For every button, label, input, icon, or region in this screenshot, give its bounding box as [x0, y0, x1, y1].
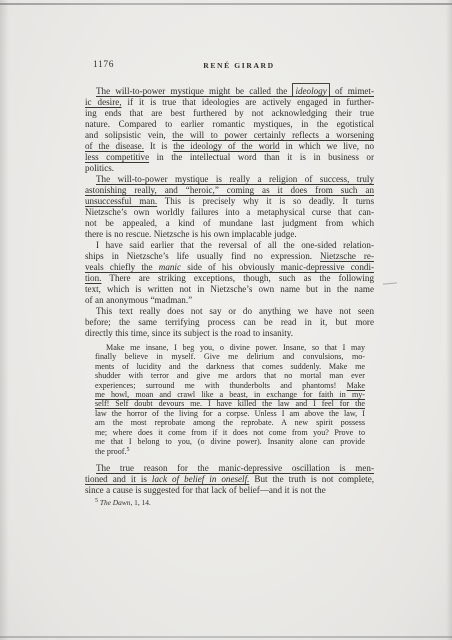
text-line: unsuccessful man. This is precisely why …: [85, 196, 374, 207]
text-line: less competitive in the intellectual wor…: [85, 152, 374, 163]
text-segment: The Dawn: [100, 498, 131, 507]
underlined-text: less competitive: [85, 152, 149, 162]
text-segment: shudder with terror and give me ardors t…: [95, 371, 365, 380]
underlined-text: manic: [159, 262, 181, 272]
text-segment: It is: [144, 141, 173, 151]
underlined-text: me howl, moan and crawl like a beast, in…: [95, 390, 365, 399]
text-segment: since a cause: [85, 484, 133, 495]
text-line: Make me insane, I beg you, o divine powe…: [95, 343, 365, 352]
text-line: nature. Compared to earlier romantic mys…: [85, 119, 374, 130]
text-segment: There are striking exceptions, though, s…: [101, 273, 374, 283]
text-segment: I have said earlier that the reversal of…: [96, 240, 374, 250]
underlined-text: The will-to-power mystique might be call…: [96, 86, 292, 96]
text-segment: directly this time, since its subject is…: [85, 328, 293, 338]
text-line: tion. There are striking exceptions, tho…: [85, 273, 374, 284]
underlined-text: unsuccessful man.: [85, 196, 157, 206]
page-header: 1176 RENÉ GIRARD: [85, 60, 373, 74]
text-segment: ships in Nietzsche’s life usually find n…: [85, 251, 320, 261]
text-segment: of an anonymous “madman.”: [85, 295, 192, 305]
running-head: RENÉ GIRARD: [85, 61, 393, 70]
paragraph: The will-to-power mystique is really a r…: [85, 174, 374, 240]
text-line: The true reason for the manic-depressive…: [85, 463, 374, 474]
underlined-text: the will to power certainly reflects a w…: [172, 130, 374, 140]
text-segment: me; where does it come from if it does n…: [95, 428, 365, 437]
text-segment: and solipsistic vein,: [85, 130, 172, 140]
text-column: The will-to-power mystique might be call…: [85, 86, 374, 496]
text-line: law the horror of the living for a corps…: [95, 409, 365, 418]
underlined-text: veals chiefly the: [85, 262, 159, 272]
text-segment: there is no rescue. Nietzsche is his own…: [85, 229, 297, 239]
underlined-text: side of his obviously manic-depressive c…: [181, 262, 374, 272]
underlined-text: Nietzsche re-: [320, 251, 374, 261]
text-line: finally believe in myself. Give me delir…: [95, 352, 365, 361]
text-line: text, which is written not in Nietzsche’…: [85, 284, 374, 295]
text-line: me that I belong to you, (o divine power…: [95, 437, 365, 446]
boxed-word-annotation: ideology: [292, 83, 329, 97]
text-segment: ing ends that are best furthered by not …: [85, 108, 374, 118]
underlined-text: tioned and it is: [85, 474, 152, 484]
text-segment: if it is true that ideologies are active…: [122, 97, 374, 107]
paragraph: This text really does not say or do anyt…: [85, 306, 374, 339]
paragraph: I have said earlier that the reversal of…: [85, 240, 374, 306]
underlined-text: astonishing really, and “heroic,” coming…: [85, 185, 374, 195]
text-line: not be appealed, a kind of mundane last …: [85, 218, 374, 229]
text-segment: ments of lucidity and the darkness that …: [95, 362, 365, 371]
text-segment: finally believe in myself. Give me delir…: [95, 352, 365, 361]
footnote: 5 The Dawn, 1, 14.: [95, 497, 365, 507]
text-line: me howl, moan and crawl like a beast, in…: [95, 390, 365, 399]
text-segment: But the truth is not complete,: [249, 474, 374, 484]
scan-edge-left: [0, 0, 9, 640]
text-line: directly this time, since its subject is…: [85, 328, 374, 339]
paragraph: The true reason for the manic-depressive…: [85, 463, 374, 496]
text-line: experiences; surround me with thunderbol…: [95, 381, 365, 390]
text-line: The will-to-power mystique might be call…: [85, 86, 374, 97]
text-line: there is no rescue. Nietzsche is his own…: [85, 229, 374, 240]
scanned-book-page: 1176 RENÉ GIRARD The will-to-power mysti…: [0, 0, 452, 640]
text-segment: text, which is written not in Nietzsche’…: [85, 284, 374, 294]
text-line: astonishing really, and “heroic,” coming…: [85, 185, 374, 196]
underlined-text: The will-to-power mystique is really a r…: [96, 174, 374, 184]
scan-edge-right: [446, 0, 452, 640]
text-segment: experiences; surround me with thunderbol…: [95, 381, 347, 390]
text-line: before; the same terrifying process can …: [85, 317, 374, 328]
footnote-text: 5 The Dawn, 1, 14.: [95, 498, 151, 507]
text-line: of an anonymous “madman.”: [85, 295, 374, 306]
text-segment: Make me insane, I beg you, o divine powe…: [106, 343, 365, 352]
text-line: ic desire, if it is true that ideologies…: [85, 97, 374, 108]
text-segment: nature. Compared to earlier romantic mys…: [85, 119, 374, 129]
text-line: the proof.5: [95, 446, 365, 455]
underlined-text: Make: [347, 381, 365, 390]
underlined-text: the ideology of the world: [173, 141, 279, 151]
scan-edge-top: [0, 3, 452, 5]
underlined-text: of mimet-: [330, 86, 374, 96]
underlined-text: tion.: [85, 273, 101, 283]
text-segment: not be appealed, a kind of mundane last …: [85, 218, 374, 228]
text-segment: in which we live, no: [280, 141, 374, 151]
text-line: of the disease. It is the ideology of th…: [85, 141, 374, 152]
underlined-text: lack of belief in oneself.: [152, 474, 249, 484]
text-segment: politics.: [85, 163, 114, 173]
text-line: ments of lucidity and the darkness that …: [95, 362, 365, 371]
text-line: shudder with terror and give me ardors t…: [95, 371, 365, 380]
text-line: politics.: [85, 163, 374, 174]
underlined-text: self! Self doubt devours me. I have kill…: [95, 399, 365, 408]
underlined-text: ic desire,: [85, 97, 122, 107]
text-segment: the proof.: [95, 447, 126, 456]
text-line: This text really does not say or do anyt…: [85, 306, 374, 317]
text-segment: This is precisely why it is so deadly. I…: [157, 196, 374, 206]
text-line: The will-to-power mystique is really a r…: [85, 174, 374, 185]
text-segment: law the horror of the living for a corps…: [95, 409, 365, 418]
text-segment: , 1, 14.: [130, 498, 150, 507]
text-line: ships in Nietzsche’s life usually find n…: [85, 251, 374, 262]
pencil-margin-mark: [383, 282, 397, 284]
text-line: since a cause is suggested for that lack…: [85, 485, 374, 496]
text-line: ing ends that are best furthered by not …: [85, 108, 374, 119]
text-segment: 5: [126, 447, 129, 453]
blockquote: Make me insane, I beg you, o divine powe…: [95, 343, 365, 456]
text-line: self! Self doubt devours me. I have kill…: [95, 399, 365, 408]
underlined-text: The true reason for the manic-depressive…: [96, 463, 374, 473]
text-line: Nietzsche’s own worldly failures into a …: [85, 207, 374, 218]
text-segment: is suggested for that lack of belief—and…: [133, 485, 326, 495]
text-line: I have said earlier that the reversal of…: [85, 240, 374, 251]
text-segment: before; the same terrifying process can …: [85, 317, 374, 327]
text-line: and solipsistic vein, the will to power …: [85, 130, 374, 141]
scan-edge-bottom: [0, 636, 452, 638]
paragraph: The will-to-power mystique might be call…: [85, 86, 374, 174]
text-segment: me that I belong to you, (o divine power…: [95, 437, 365, 446]
text-segment: This text really does not say or do anyt…: [96, 306, 374, 316]
text-segment: Nietzsche’s own worldly failures into a …: [85, 207, 374, 217]
text-segment: am the most reprobate among the reprobat…: [95, 418, 365, 427]
underlined-text: of the disease.: [85, 141, 144, 151]
text-segment: in the intellectual word than it is in b…: [149, 152, 374, 162]
text-line: veals chiefly the manic side of his obvi…: [85, 262, 374, 273]
text-line: me; where does it come from if it does n…: [95, 428, 365, 437]
text-line: am the most reprobate among the reprobat…: [95, 418, 365, 427]
